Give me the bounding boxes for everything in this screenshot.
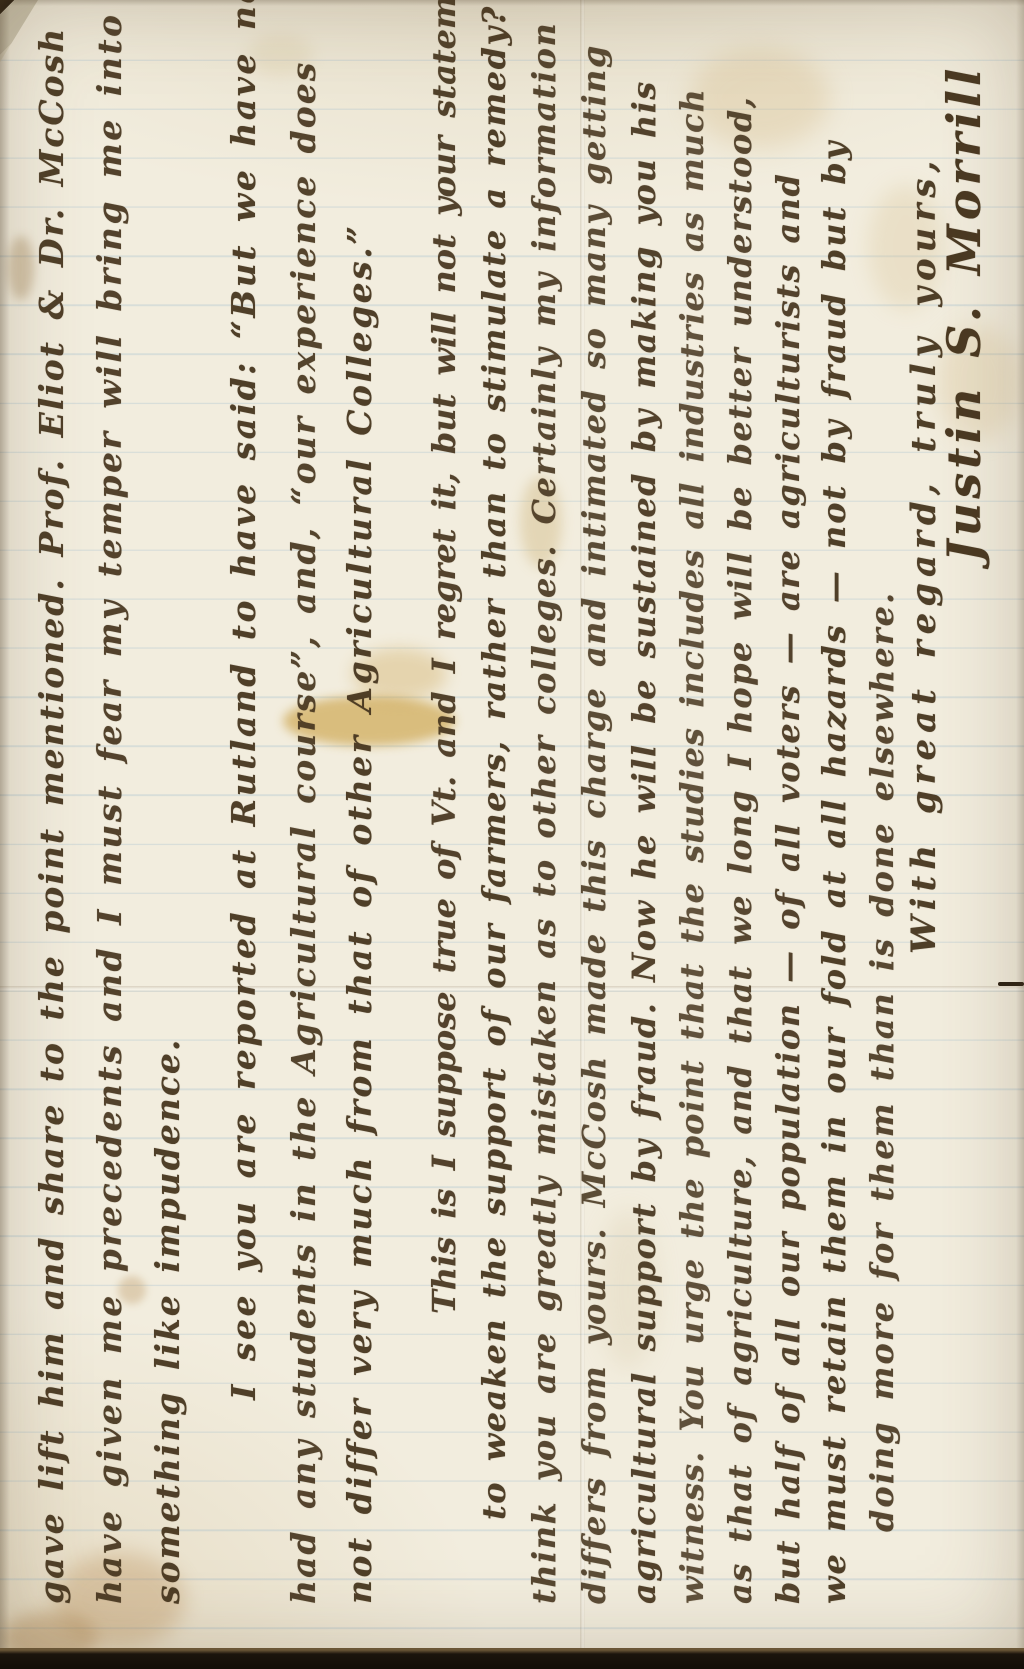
letter-scan: gave lift him and share to the point men… <box>0 0 1024 1669</box>
letter-line: think you are greatly mistaken as to oth… <box>518 22 570 1604</box>
letter-line: had any students in the Agricultural cou… <box>278 61 330 1604</box>
letter-paper: gave lift him and share to the point men… <box>0 0 1024 1654</box>
letter-line: agricultural support by fraud. Now he wi… <box>618 80 670 1604</box>
letter-line: not differ very much from that of other … <box>334 223 386 1604</box>
paper-edge-right <box>1016 0 1024 1654</box>
letter-line: witness. You urge the point that the stu… <box>666 88 718 1604</box>
letter-line: to weaken the support of our farmers, ra… <box>468 0 520 1520</box>
letter-line: I see you are reported at Rutland to hav… <box>218 0 270 1400</box>
letter-line: This is I suppose true of Vt. and I regr… <box>418 0 470 1314</box>
letter-line: we must retain them in our fold at all h… <box>808 140 860 1604</box>
paper-edge-top <box>0 0 1024 6</box>
letter-line: have given me precedents and I must fear… <box>84 12 136 1604</box>
letter-line: as that of agriculture, and that we long… <box>714 96 766 1604</box>
letter-line: but half of all our population — of all … <box>762 173 814 1604</box>
scan-background-strip <box>0 1648 1024 1669</box>
letter-line: gave lift him and share to the point men… <box>26 27 78 1604</box>
letter-line: something like impudence. <box>142 1038 194 1604</box>
letter-line: differs from yours. McCosh made this cha… <box>568 44 620 1604</box>
letter-line: Justin S. Morrill <box>938 65 990 562</box>
paper-edge-left <box>0 0 10 1654</box>
